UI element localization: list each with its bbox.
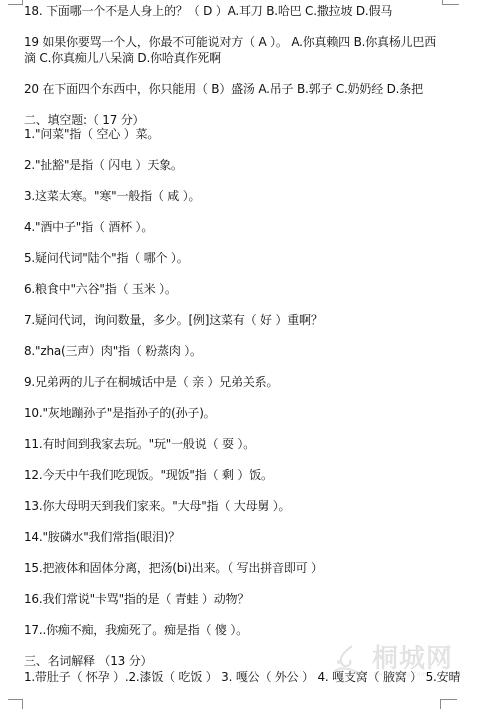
fill-blank-17: 17..你痴不痴，我痴死了。痴是指（ 傻 ）。 xyxy=(24,623,248,637)
fill-blank-14: 14."胺磷水"我们常指(眼泪)？ xyxy=(24,530,180,544)
document-page: 18. 下面哪一个不是人身上的？（ D ）A.耳刀 B.哈巴 C.撒拉坡 D.假… xyxy=(0,0,497,709)
question-18: 18. 下面哪一个不是人身上的？（ D ）A.耳刀 B.哈巴 C.撒拉坡 D.假… xyxy=(24,4,392,18)
fill-blank-3: 3.这菜太寒。"寒"一般指（ 咸 ）。 xyxy=(24,189,200,203)
fill-blank-13: 13.你大母明天到我们家来。"大母"指（ 大母舅 ）。 xyxy=(24,499,290,513)
crop-mark-top-right xyxy=(442,0,459,5)
fill-blank-11: 11.有时间到我家去玩。"玩"一般说（ 耍 ）。 xyxy=(24,437,255,451)
section-2-heading: 二、填空题:（ 17 分） xyxy=(24,113,144,127)
crop-mark-bottom-right xyxy=(440,699,457,709)
question-20: 20 在下面四个东西中，你只能用（ B）盛汤 A.吊子 B.郭子 C.奶奶经 D… xyxy=(24,82,423,96)
fill-blank-4: 4."酒中子"指（ 酒杯 ）。 xyxy=(24,220,153,234)
fill-blank-1: 1."问菜"指（ 空心 ）菜。 xyxy=(24,127,159,141)
crop-mark-top-left xyxy=(8,0,23,5)
question-19-line-2: 滴 C.你真痴儿八呆滴 D.你哈真作死啊 xyxy=(24,51,221,65)
crop-mark-bottom-left xyxy=(8,699,23,709)
fill-blank-16: 16.我们常说"卡骂"指的是（ 青蛙 ）动物？ xyxy=(24,592,249,606)
fill-blank-10: 10."灰地蹦孙子"是指孙子的(孙子)。 xyxy=(24,406,216,420)
fill-blank-7: 7.疑问代词，询问数量，多少。[例]这菜有（ 好 ）重啊？ xyxy=(24,313,323,327)
question-19-line-1: 19 如果你要骂一个人，你最不可能说对方（ A ）。 A.你真赖四 B.你真杨儿… xyxy=(24,35,436,49)
fill-blank-12: 12.今天中午我们吃现饭。"现饭"指（ 剩 ）饭。 xyxy=(24,468,273,482)
fill-blank-2: 2."扯豁"是指（ 闪电 ）天象。 xyxy=(24,158,183,172)
fill-blank-8: 8."zha(三声）肉"指（ 粉蒸肉 ）。 xyxy=(24,344,202,358)
fill-blank-15: 15.把液体和固体分离，把汤(bi)出来。（ 写出拼音即可 ） xyxy=(24,561,323,575)
fill-blank-6: 6.粮食中"六谷"指（ 玉米 ）。 xyxy=(24,282,177,296)
section-3-heading: 三、名词解释 （13 分） xyxy=(24,654,152,668)
fill-blank-9: 9.兄弟两的儿子在桐城话中是（ 亲 ）兄弟关系。 xyxy=(24,375,278,389)
fill-blank-5: 5.疑问代词"陆个"指（ 哪个 ）。 xyxy=(24,251,189,265)
term-definitions-line-1: 1.带肚子（ 怀孕 ）.2.漆饭（ 吃饭 ） 3. 嘎公（ 外公 ） 4. 嘎支… xyxy=(24,670,460,684)
